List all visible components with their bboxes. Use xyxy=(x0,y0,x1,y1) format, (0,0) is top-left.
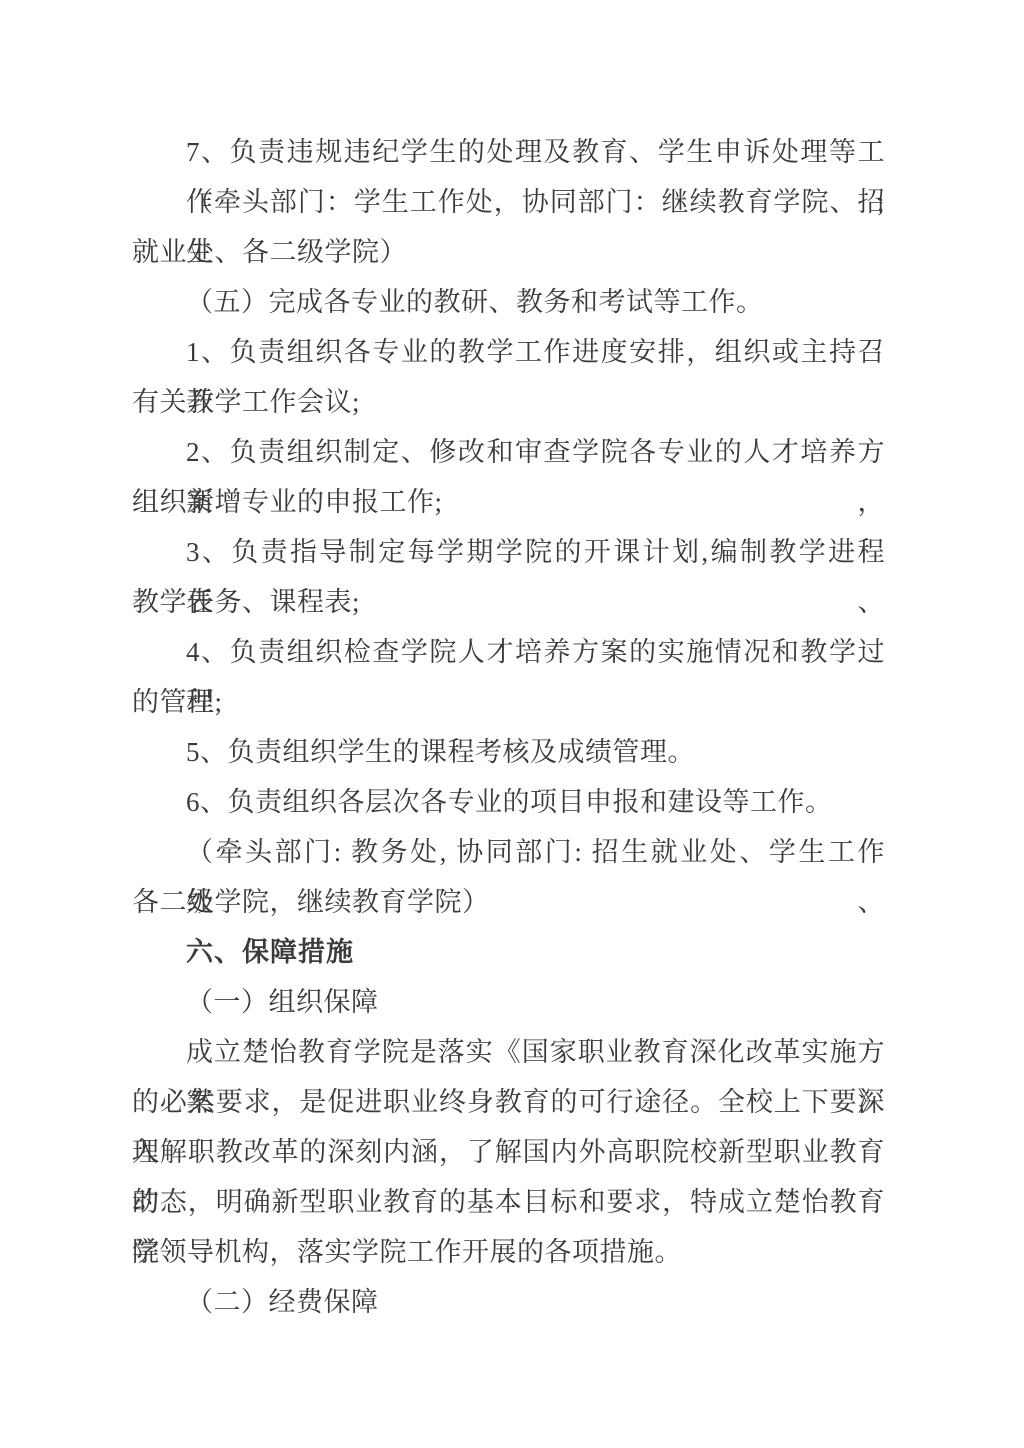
text-line: （一）组织保障 xyxy=(132,977,885,1027)
document-page: 7、负责违规违纪学生的处理及教育、学生申诉处理等工作;（牵头部门：学生工作处，协… xyxy=(0,0,1024,1448)
text-line: （牵头部门：学生工作处，协同部门：继续教育学院、招生 xyxy=(132,177,885,227)
text-line: 7、负责违规违纪学生的处理及教育、学生申诉处理等工作; xyxy=(132,127,885,177)
text-line: （五）完成各专业的教研、教务和考试等工作。 xyxy=(132,277,885,327)
text-line: 动态，明确新型职业教育的基本目标和要求，特成立楚怡教育学 xyxy=(132,1177,885,1227)
text-line: （牵头部门: 教务处, 协同部门: 招生就业处、学生工作处、 xyxy=(132,827,885,877)
text-line: 3、负责指导制定每学期学院的开课计划,编制教学进程表、 xyxy=(132,527,885,577)
text-line: 2、负责组织制定、修改和审查学院各专业的人才培养方案， xyxy=(132,427,885,477)
section-heading: 六、保障措施 xyxy=(132,927,885,977)
text-line: 4、负责组织检查学院人才培养方案的实施情况和教学过程 xyxy=(132,627,885,677)
text-line: 院领导机构，落实学院工作开展的各项措施。 xyxy=(132,1227,885,1277)
text-line: 6、负责组织各层次各专业的项目申报和建设等工作。 xyxy=(132,777,885,827)
text-line: （二）经费保障 xyxy=(132,1277,885,1327)
text-line: 就业处、各二级学院） xyxy=(132,227,885,277)
text-line: 的必然要求，是促进职业终身教育的可行途径。全校上下要深入 xyxy=(132,1077,885,1127)
text-line: 的管理; xyxy=(132,677,885,727)
text-line: 有关教学工作会议; xyxy=(132,377,885,427)
text-line: 1、负责组织各专业的教学工作进度安排，组织或主持召开 xyxy=(132,327,885,377)
text-line: 成立楚怡教育学院是落实《国家职业教育深化改革实施方案》 xyxy=(132,1027,885,1077)
document-text-block: 7、负责违规违纪学生的处理及教育、学生申诉处理等工作;（牵头部门：学生工作处，协… xyxy=(132,127,885,1327)
text-line: 理解职教改革的深刻内涵，了解国内外高职院校新型职业教育的 xyxy=(132,1127,885,1177)
text-line: 5、负责组织学生的课程考核及成绩管理。 xyxy=(132,727,885,777)
